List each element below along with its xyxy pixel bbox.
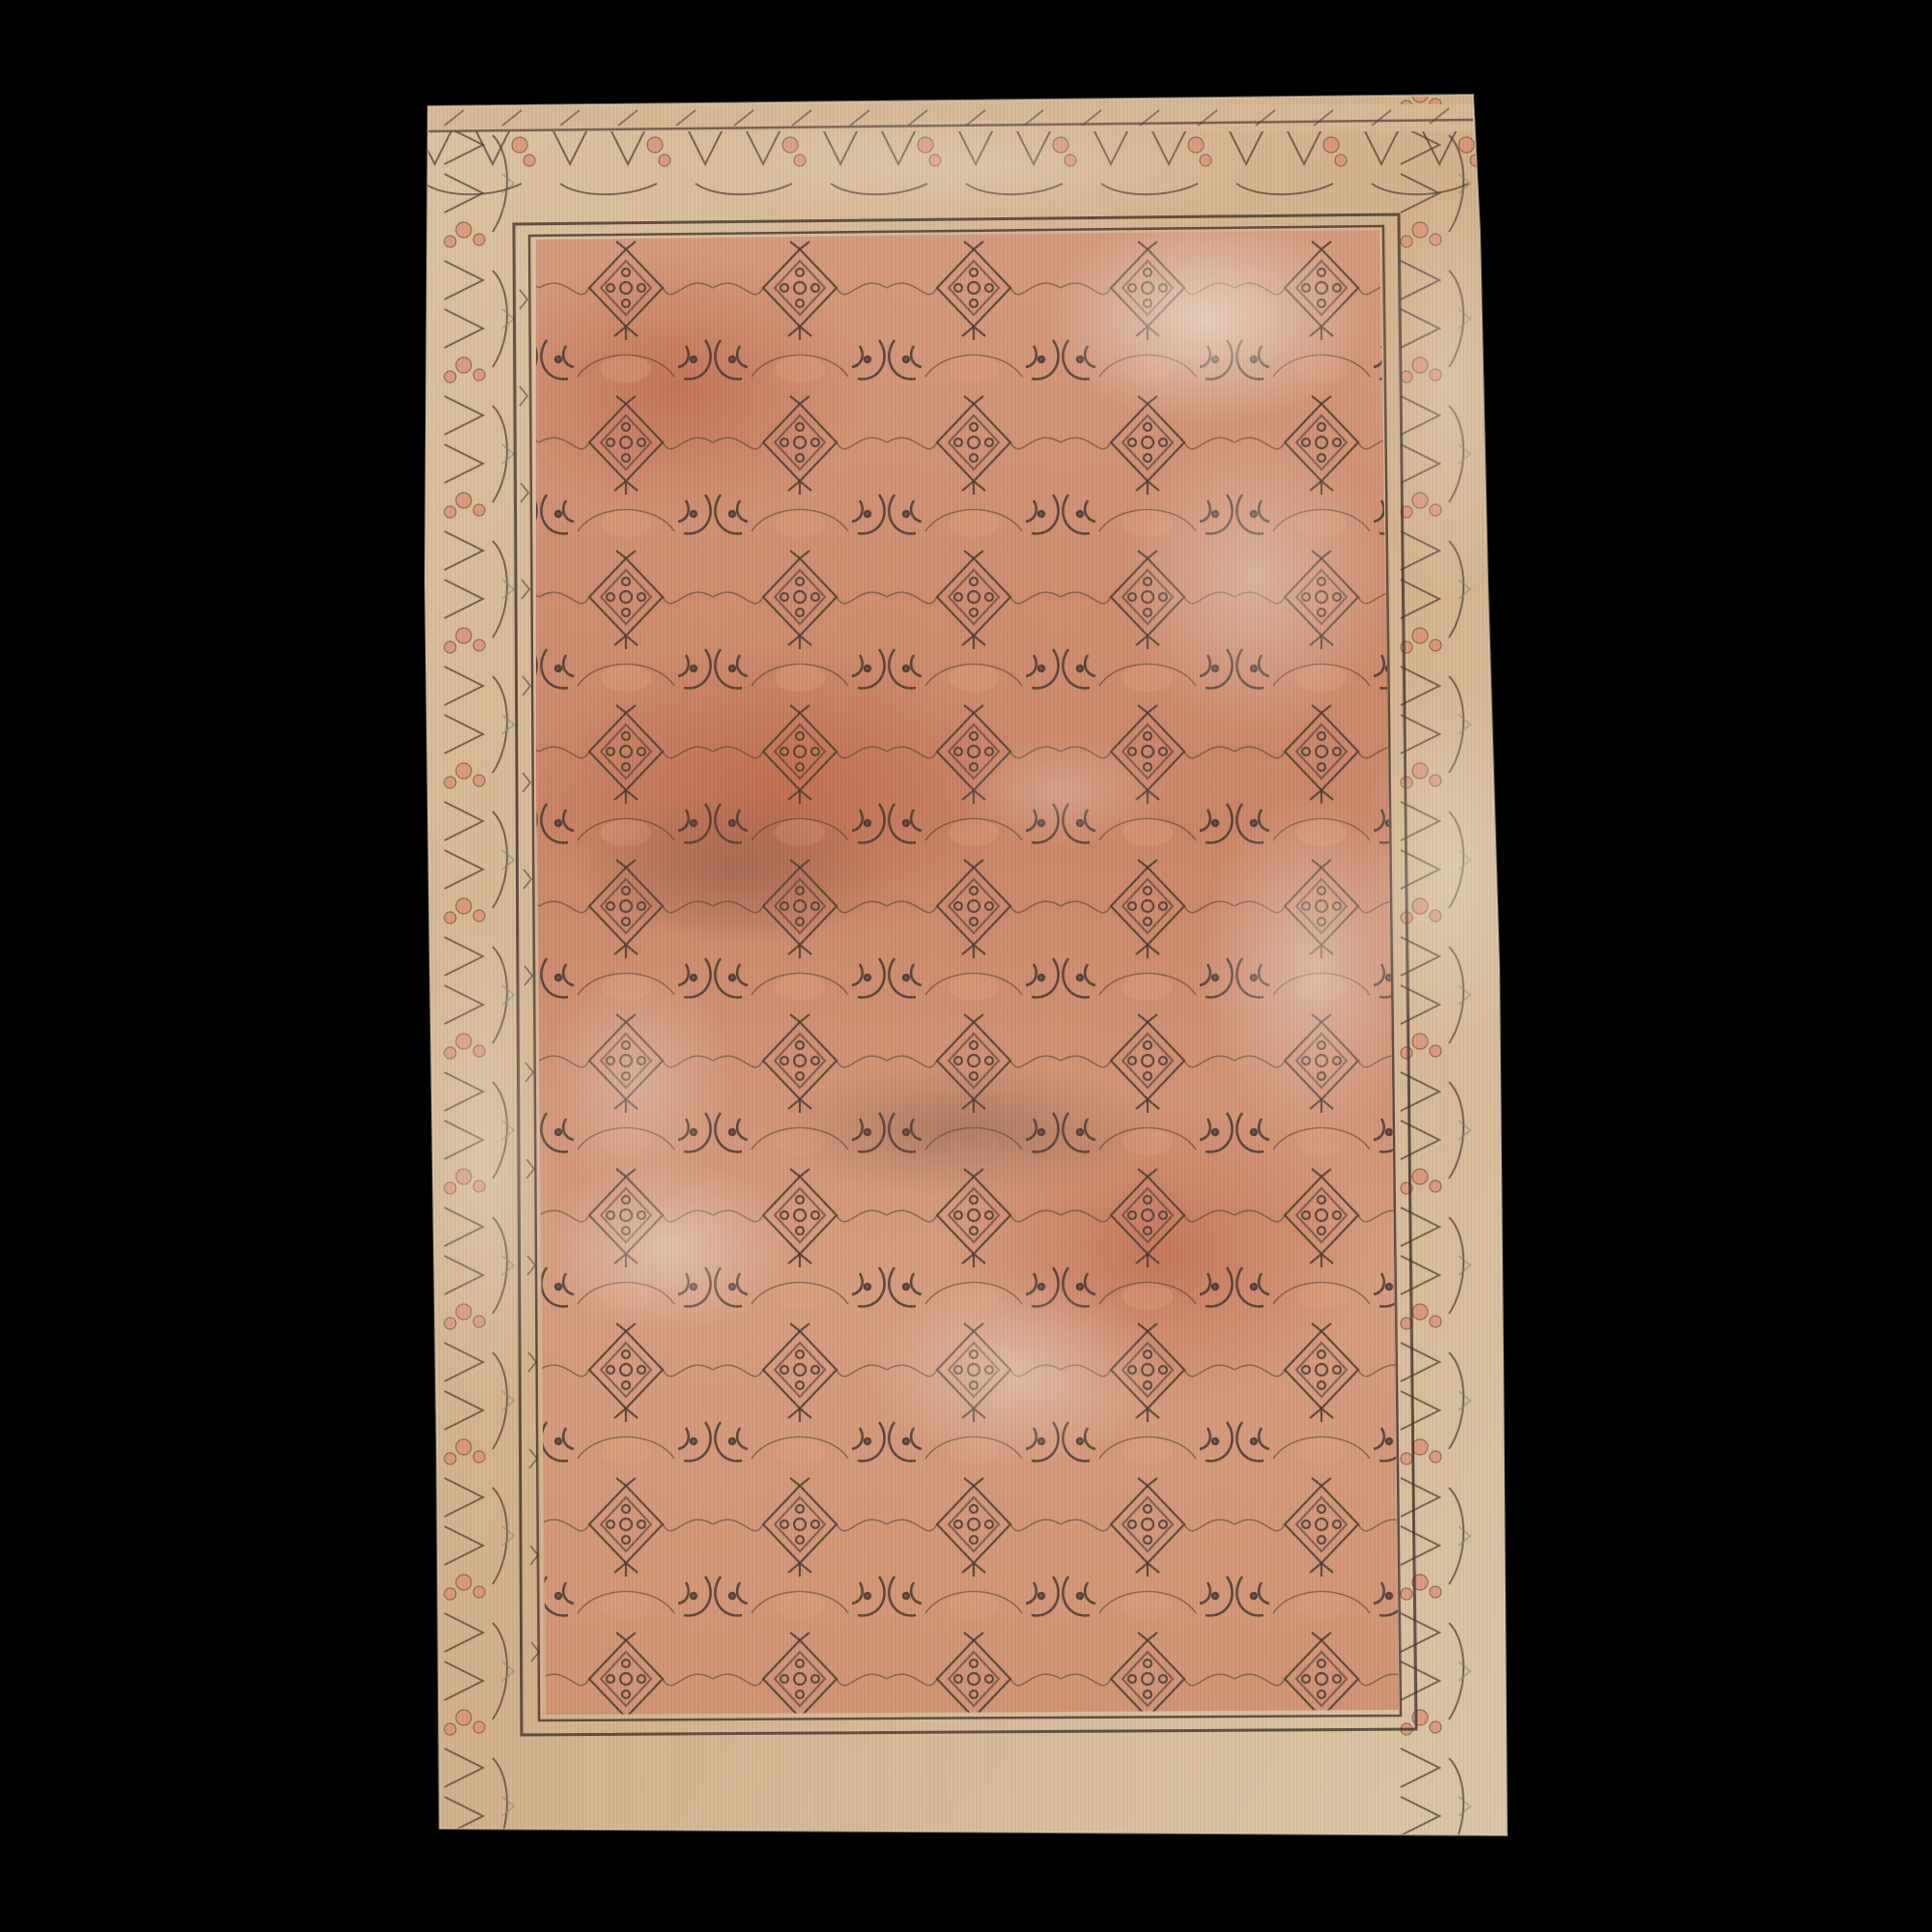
photo-scene: Vintage rug — [0, 0, 1932, 1932]
rug-body — [386, 77, 1546, 1864]
rug — [0, 0, 1932, 1932]
